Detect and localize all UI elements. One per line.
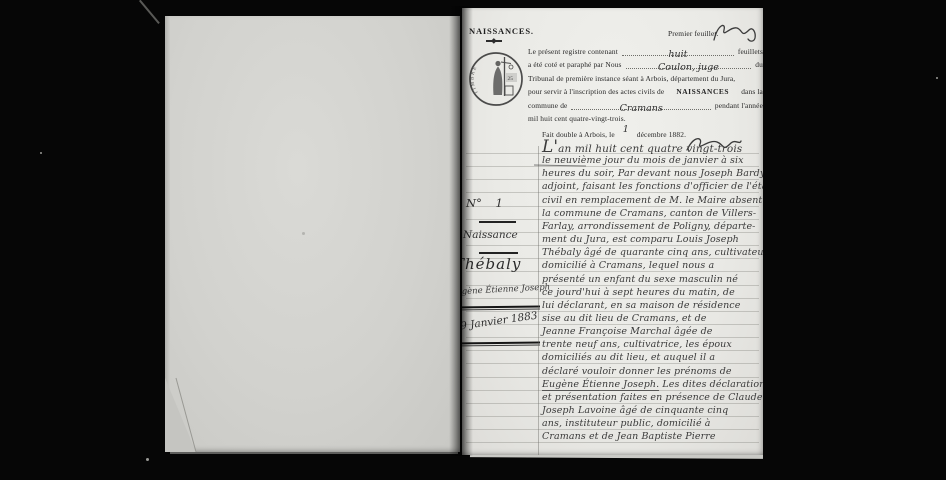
preamble-line-4: pour servir à l'inscription des actes ci… xyxy=(528,87,763,96)
margin-rule xyxy=(479,252,518,254)
preamble-text: NAISSANCES xyxy=(676,87,729,96)
ruled-line xyxy=(466,298,759,299)
signature-paraph-icon xyxy=(710,18,760,48)
left-blank-page xyxy=(165,16,460,452)
ruled-line xyxy=(466,363,759,364)
preamble-line-2: a été coté et paraphé par Nous Coulon, j… xyxy=(528,60,763,69)
film-scratch xyxy=(139,0,159,24)
act-line: Cramans et de Jean Baptiste Pierre xyxy=(542,431,763,442)
ruled-line xyxy=(466,324,759,325)
act-line: Thébaly âgé de quarante cinq ans, cultiv… xyxy=(542,247,763,258)
act-line: sise au dit lieu de Cramans, et de xyxy=(542,313,763,324)
act-line: domicilié à Cramans, lequel nous a xyxy=(542,260,763,271)
preamble-text: feuillets xyxy=(738,47,763,56)
ruled-line xyxy=(466,179,759,180)
act-line: L'an mil huit cent quatre vingt-trois xyxy=(542,142,763,155)
film-speck xyxy=(936,77,938,79)
preamble-text: décembre 1882. xyxy=(637,130,686,139)
film-speck xyxy=(146,458,149,461)
act-line: lui déclarant, en sa maison de résidence xyxy=(542,300,763,311)
act-line: la commune de Cramans, canton de Villers… xyxy=(542,208,763,219)
ruled-line xyxy=(466,442,759,443)
fill-in-blank: Cramans xyxy=(571,102,710,110)
act-line: Jeanne Françoise Marchal âgée de xyxy=(542,326,763,337)
ruled-line xyxy=(466,219,759,220)
act-line: présenté un enfant du sexe masculin né xyxy=(542,274,763,285)
film-speck xyxy=(40,152,42,154)
page-heading: NAISSANCES. xyxy=(469,26,534,36)
ruled-line xyxy=(466,416,759,417)
act-line: ans, instituteur public, domicilié à xyxy=(542,418,763,429)
act-line: ment du Jura, est comparu Louis Joseph xyxy=(542,234,763,245)
handwritten-fill: Coulon, juge xyxy=(658,62,719,73)
ruled-line xyxy=(466,403,759,404)
heading-ornament xyxy=(486,40,502,42)
preamble-text: du xyxy=(755,60,763,69)
margin-date: 9 Janvier 1883 xyxy=(462,310,538,333)
handwritten-fill: Cramans xyxy=(620,103,663,114)
svg-text:25: 25 xyxy=(508,76,514,82)
paper-blemish xyxy=(302,232,305,235)
act-line: le neuvième jour du mois de janvier à si… xyxy=(542,155,763,166)
ruled-line xyxy=(466,271,759,272)
preamble-text: pendant l'année xyxy=(715,101,763,110)
margin-act-number: N° 1 xyxy=(466,196,503,210)
ruled-line xyxy=(466,192,759,193)
margin-act-type: Naissance xyxy=(463,229,518,241)
ruled-line xyxy=(466,337,759,338)
preamble-text: dans la xyxy=(741,87,763,96)
fill-in-blank: huit xyxy=(622,48,734,56)
ruled-line xyxy=(466,245,759,246)
act-line: Eugène Étienne Joseph. Les dites déclara… xyxy=(542,379,763,390)
ruled-line xyxy=(466,206,759,207)
underlined-given-names: Eugène Étienne Joseph. xyxy=(542,379,659,391)
act-line: Joseph Lavoine âgé de cinquante cinq xyxy=(542,405,763,416)
ruled-line xyxy=(466,258,759,259)
ruled-line xyxy=(466,377,759,378)
act-line: civil en remplacement de M. le Maire abs… xyxy=(542,195,763,206)
ruled-line xyxy=(466,285,759,286)
ruled-line xyxy=(466,429,759,430)
act-line: heures du soir, Par devant nous Joseph B… xyxy=(542,168,763,179)
preamble-line-5: commune de Cramans pendant l'année xyxy=(528,101,763,110)
microfilm-scan: NAISSANCES. Premier feuillet. TIMBRE 25 … xyxy=(0,0,946,480)
act-line: déclaré vouloir donner les prénoms de xyxy=(542,366,763,377)
ruled-line xyxy=(466,311,759,312)
act-line: et présentation faites en présence de Cl… xyxy=(542,392,763,403)
preamble-text: Le présent registre contenant xyxy=(528,47,618,56)
act-line: trente neuf ans, cultivatrice, les époux xyxy=(542,339,763,350)
fill-in-blank: Coulon, juge xyxy=(626,61,752,69)
fold-crease-line xyxy=(165,16,460,452)
act-line: domiciliés au dit lieu, et auquel il a xyxy=(542,352,763,363)
act-line-text: Les dites déclaration xyxy=(659,379,763,390)
ruled-line xyxy=(466,350,759,351)
margin-double-rule xyxy=(462,342,540,347)
ruled-line xyxy=(466,166,759,167)
register-first-sheet: NAISSANCES. Premier feuillet. TIMBRE 25 … xyxy=(462,8,763,455)
act-line: ce jourd'hui à sept heures du matin, de xyxy=(542,287,763,298)
preamble-text: pour servir à l'inscription des actes ci… xyxy=(528,87,664,96)
handwritten-fill: 1 xyxy=(617,124,635,135)
timbre-stamp-icon: TIMBRE 25 xyxy=(467,50,525,108)
act-line: Farlay, arrondissement de Poligny, dépar… xyxy=(542,221,763,232)
preamble-text: commune de xyxy=(528,101,567,110)
handwritten-fill: huit xyxy=(668,49,687,60)
margin-rule xyxy=(479,221,516,223)
preamble-line-1: Le présent registre contenant huit feuil… xyxy=(528,47,763,56)
preamble-line-3: Tribunal de première instance séant à Ar… xyxy=(528,74,763,83)
preamble-line-6: mil huit cent quatre-vingt-trois. xyxy=(528,114,763,123)
act-line: adjoint, faisant les fonctions d'officie… xyxy=(542,181,763,192)
preamble-text: a été coté et paraphé par Nous xyxy=(528,60,622,69)
ruled-line xyxy=(466,232,759,233)
